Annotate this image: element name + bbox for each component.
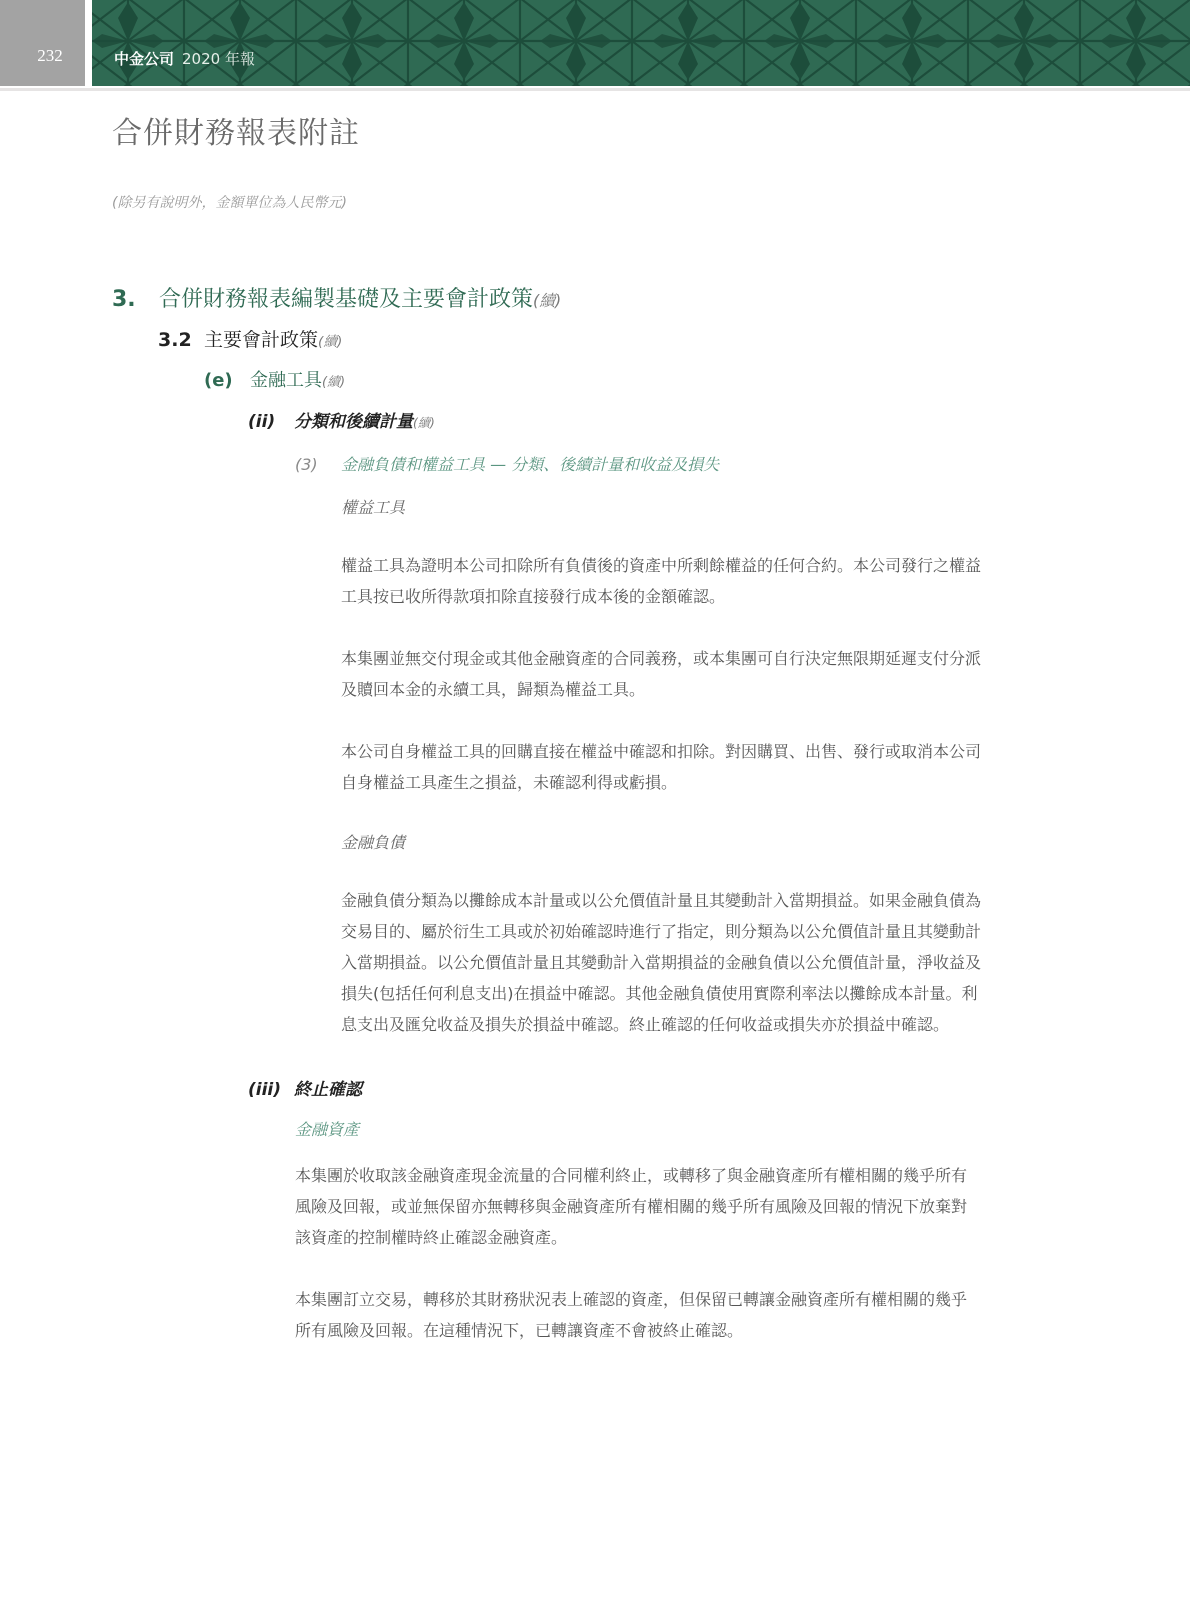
section-title: 終止確認 [294,1080,362,1100]
unit-note: (除另有說明外，金額單位為人民幣元) [112,192,347,212]
section-title: 金融負債和權益工具 — 分類、後續計量和收益及損失 [341,455,719,474]
paragraph-equity-3: 本公司自身權益工具的回購直接在權益中確認和扣除。對因購買、出售、發行或取消本公司… [341,736,981,798]
header-title: 中金公司2020 年報 [114,48,255,69]
paragraph-equity-1: 權益工具為證明本公司扣除所有負債後的資產中所剩餘權益的任何合約。本公司發行之權益… [341,550,981,612]
text-line: 及贖回本金的永續工具，歸類為權益工具。 [341,674,981,705]
text-line: 所有風險及回報。在這種情況下，已轉讓資產不會被終止確認。 [295,1315,967,1346]
section-title: 金融工具 [250,370,322,391]
text-line: 該資產的控制權時終止確認金融資產。 [295,1222,967,1253]
continued-label: (續) [322,375,345,390]
paragraph-derecognition-2: 本集團訂立交易，轉移於其財務狀況表上確認的資產，但保留已轉讓金融資產所有權相關的… [295,1284,967,1346]
section-3-sub-heading: (3)金融負債和權益工具 — 分類、後續計量和收益及損失 [295,452,719,475]
section-e-heading: (e)金融工具(續) [204,366,345,392]
section-number: 3.2 [158,329,204,351]
text-line: 本集團於收取該金融資產現金流量的合同權利終止，或轉移了與金融資產所有權相關的幾乎… [295,1160,967,1191]
text-line: 工具按已收所得款項扣除直接發行成本後的金額確認。 [341,581,981,612]
paragraph-liabilities: 金融負債分類為以攤餘成本計量或以公允價值計量且其變動計入當期損益。如果金融負債為… [341,885,981,1040]
text-line: 風險及回報，或並無保留亦無轉移與金融資產所有權相關的幾乎所有風險及回報的情況下放… [295,1191,967,1222]
header-divider [0,88,1190,91]
asanoha-pattern-icon [92,0,1190,86]
section-number: 3. [112,287,159,312]
text-line: 本公司自身權益工具的回購直接在權益中確認和扣除。對因購買、出售、發行或取消本公司 [341,736,981,767]
text-line: 息支出及匯兌收益及損失於損益中確認。終止確認的任何收益或損失亦於損益中確認。 [341,1009,981,1040]
continued-label: (續) [533,291,561,310]
section-number: (ii) [248,412,294,432]
text-line: 本集團並無交付現金或其他金融資產的合同義務，或本集團可自行決定無限期延遲支付分派 [341,643,981,674]
section-iii-heading: (iii)終止確認 [248,1075,362,1100]
continued-label: (續) [318,334,342,350]
report-name: 2020 年報 [182,50,255,68]
header-band: 中金公司2020 年報 [92,0,1190,86]
page-number-box: 232 [0,0,85,86]
paragraph-equity-2: 本集團並無交付現金或其他金融資產的合同義務，或本集團可自行決定無限期延遲支付分派… [341,643,981,705]
section-number: (3) [295,455,341,474]
financial-assets-heading: 金融資產 [295,1117,359,1140]
section-3-2-heading: 3.2主要會計政策(續) [158,325,342,352]
section-number: (e) [204,370,250,391]
paragraph-derecognition-1: 本集團於收取該金融資產現金流量的合同權利終止，或轉移了與金融資產所有權相關的幾乎… [295,1160,967,1253]
section-title: 合併財務報表編製基礎及主要會計政策 [159,287,533,312]
section-title: 主要會計政策 [204,329,318,351]
equity-instruments-heading: 權益工具 [341,495,405,518]
financial-liabilities-heading: 金融負債 [341,830,405,853]
text-line: 本集團訂立交易，轉移於其財務狀況表上確認的資產，但保留已轉讓金融資產所有權相關的… [295,1284,967,1315]
company-name: 中金公司 [114,50,174,68]
continued-label: (續) [413,416,435,430]
text-line: 交易目的、屬於衍生工具或於初始確認時進行了指定，則分類為以公允價值計量且其變動計 [341,916,981,947]
page-title: 合併財務報表附註 [112,108,360,152]
text-line: 損失(包括任何利息支出)在損益中確認。其他金融負債使用實際利率法以攤餘成本計量。… [341,978,981,1009]
section-3-heading: 3.合併財務報表編製基礎及主要會計政策(續) [112,282,561,313]
section-title: 分類和後續計量 [294,412,413,432]
text-line: 金融負債分類為以攤餘成本計量或以公允價值計量且其變動計入當期損益。如果金融負債為 [341,885,981,916]
section-number: (iii) [248,1080,294,1100]
section-ii-heading: (ii)分類和後續計量(續) [248,407,435,432]
text-line: 權益工具為證明本公司扣除所有負債後的資產中所剩餘權益的任何合約。本公司發行之權益 [341,550,981,581]
text-line: 自身權益工具產生之損益，未確認利得或虧損。 [341,767,981,798]
page-number: 232 [0,46,100,66]
text-line: 入當期損益。以公允價值計量且其變動計入當期損益的金融負債以公允價值計量，淨收益及 [341,947,981,978]
